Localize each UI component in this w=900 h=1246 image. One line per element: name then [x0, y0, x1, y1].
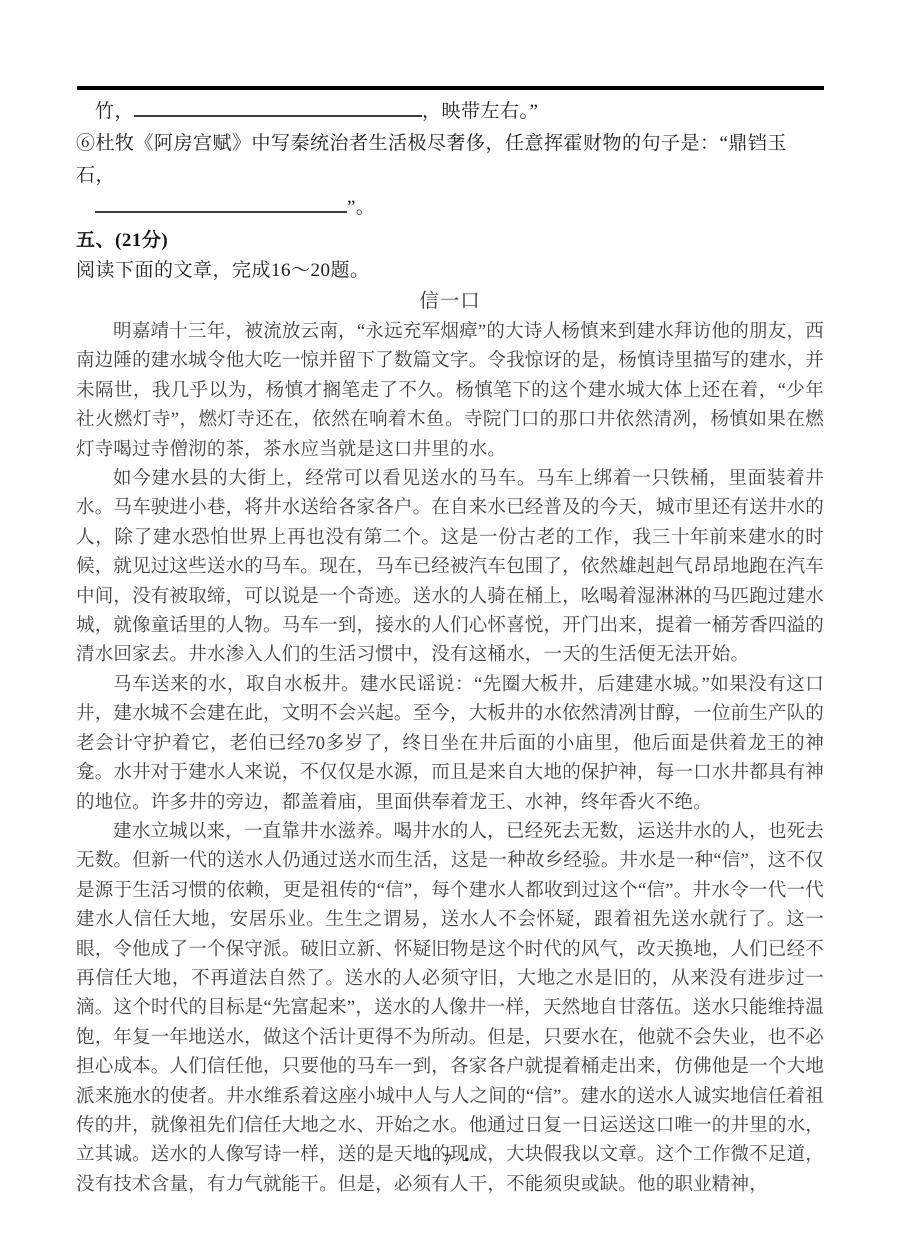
- header-divider-rule: [77, 86, 824, 90]
- fill-in-blank-suffix: ”。: [347, 197, 375, 218]
- essay-paragraph-2: 如今建水县的大街上，经常可以看见送水的马车。马车上绑着一只铁桶，里面装着井水。马…: [76, 465, 824, 671]
- section-header: 五、(21分): [76, 226, 824, 256]
- essay-paragraph-3: 马车送来的水，取自水板井。建水民谣说：“先圈大板井，后建建水城。”如果没有这口井…: [76, 671, 824, 818]
- essay-paragraph-4: 建水立城以来，一直靠井水滋养。喝井水的人，已经死去无数，运送井水的人，也死去无数…: [76, 818, 824, 1200]
- page-number: • 7 •: [0, 1152, 900, 1170]
- answer-blank-line: [134, 101, 422, 117]
- essay-body: 明嘉靖十三年，被流放云南，“永远充军烟瘴”的大诗人杨慎来到建水拜访他的朋友，西南…: [76, 318, 824, 1200]
- fill-in-item-6: ⑥杜牧《阿房宫赋》中写秦统治者生活极尽奢侈，任意挥霍财物的句子是：“鼎铛玉石，: [76, 128, 824, 192]
- page-content: 竹，，映带左右。” ⑥杜牧《阿房宫赋》中写秦统治者生活极尽奢侈，任意挥霍财物的句…: [76, 96, 824, 1200]
- fill-in-line-bamboo: 竹，，映带左右。”: [76, 96, 824, 128]
- essay-paragraph-1: 明嘉靖十三年，被流放云南，“永远充军烟瘴”的大诗人杨慎来到建水拜访他的朋友，西南…: [76, 318, 824, 465]
- fill-in-prefix: 竹，: [95, 101, 134, 122]
- fill-in-suffix: ，映带左右。”: [422, 101, 538, 122]
- fill-in-item-6-blank-line: ”。: [76, 192, 824, 224]
- exam-paper-page: 竹，，映带左右。” ⑥杜牧《阿房宫赋》中写秦统治者生活极尽奢侈，任意挥霍财物的句…: [0, 0, 900, 1246]
- essay-title: 信一口: [76, 288, 824, 316]
- reading-instruction: 阅读下面的文章，完成16～20题。: [76, 256, 824, 285]
- answer-blank-line: [95, 197, 347, 213]
